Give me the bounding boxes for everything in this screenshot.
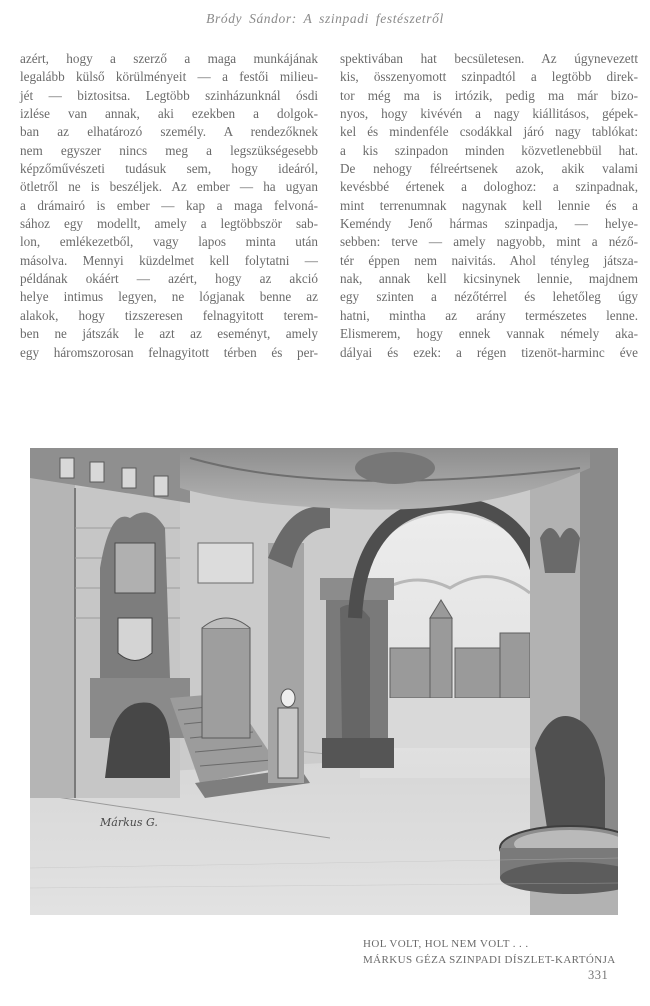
text-line: a kis szinpadon minden közvetlenebbül ha… bbox=[340, 142, 638, 160]
stage-set-illustration: Márkus G. bbox=[30, 448, 618, 915]
text-line: jét — biztositsa. Legtöbb szinházunknál … bbox=[20, 87, 318, 105]
text-line: képzőművészeti tudásuk sem, hogy ideáról… bbox=[20, 160, 318, 178]
text-line: másolva. Mennyi küzdelmet kell folytatni… bbox=[20, 252, 318, 270]
text-line: azért, hogy a szerző a maga munkájának bbox=[20, 50, 318, 68]
text-line: ben ne játszák le azt az eseményt, amely bbox=[20, 325, 318, 343]
caption-title: HOL VOLT, HOL NEM VOLT . . . bbox=[363, 936, 616, 952]
text-line: példának okáért — azért, hogy az akció bbox=[20, 270, 318, 288]
text-line: tor még ma is irtózik, pedig ma már bizo… bbox=[340, 87, 638, 105]
text-line: spektivában hat becsületesen. Az úgyneve… bbox=[340, 50, 638, 68]
text-line: kevésbbé értenek a dologhoz: a szinpadna… bbox=[340, 178, 638, 196]
text-line: a drámairó is ember — kap a maga felvoná… bbox=[20, 197, 318, 215]
artist-signature: Márkus G. bbox=[99, 816, 158, 829]
text-line: dályai és ezek: a régen tizenöt-harminc … bbox=[340, 344, 638, 362]
page-number: 331 bbox=[588, 968, 608, 983]
text-line: sebben: terve — amely nagyobb, mint a né… bbox=[340, 233, 638, 251]
figure-caption: HOL VOLT, HOL NEM VOLT . . . MÁRKUS GÉZA… bbox=[363, 936, 616, 968]
text-line: izlése van annak, aki ezekben a dolgok- bbox=[20, 105, 318, 123]
caption-credit: MÁRKUS GÉZA SZINPADI DÍSZLET-KARTÓNJA bbox=[363, 952, 616, 968]
text-line: nem egyszer nincs meg a legszükségesebb bbox=[20, 142, 318, 160]
text-line: Keméndy Jenő hármas szinpadja, — helye- bbox=[340, 215, 638, 233]
text-line: sához egy modellt, amely a legtöbbször s… bbox=[20, 215, 318, 233]
text-line: tér éppen nem naivitás. Ahol tényleg ját… bbox=[340, 252, 638, 270]
text-line: legalább külső körülményeit — a festői m… bbox=[20, 68, 318, 86]
text-line: hatni, mintha az arány természetes lenne… bbox=[340, 307, 638, 325]
text-line: egy szinten a nézőtérrel és lehetőleg úg… bbox=[340, 288, 638, 306]
text-line: Elismerem, hogy ennek vannak némely aka- bbox=[340, 325, 638, 343]
text-line: egy háromszorosan felnagyitott térben és… bbox=[20, 344, 318, 362]
text-line: nak, annak kell kicsinynek lennie, majdn… bbox=[340, 270, 638, 288]
text-line: kis, összenyomott szinpadtól a legtöbb d… bbox=[340, 68, 638, 86]
text-line: helye intimus legyen, ne lógjanak benne … bbox=[20, 288, 318, 306]
text-line: De nehogy félreértsenek azok, akik valam… bbox=[340, 160, 638, 178]
text-line: mint terrenumnak nagynak kell lennie és … bbox=[340, 197, 638, 215]
text-line: nyos, hogy kivévén a nagy kiállitásos, g… bbox=[340, 105, 638, 123]
text-line: lon, emlékezetből, vagy lapos minta után bbox=[20, 233, 318, 251]
text-line: ban az elhatározó személy. A rendezőknek bbox=[20, 123, 318, 141]
text-column-right: spektivában hat becsületesen. Az úgyneve… bbox=[340, 50, 638, 362]
text-line: kel és mindenféle csodákkal járó nagy ta… bbox=[340, 123, 638, 141]
text-line: ötletről ne is beszéljek. Az ember — ha … bbox=[20, 178, 318, 196]
text-column-left: azért, hogy a szerző a maga munkájának l… bbox=[20, 50, 318, 362]
text-line: alakok, hogy tizszeresen felnagyitott te… bbox=[20, 307, 318, 325]
running-title: Bródy Sándor: A szinpadi festészetről bbox=[0, 11, 650, 27]
